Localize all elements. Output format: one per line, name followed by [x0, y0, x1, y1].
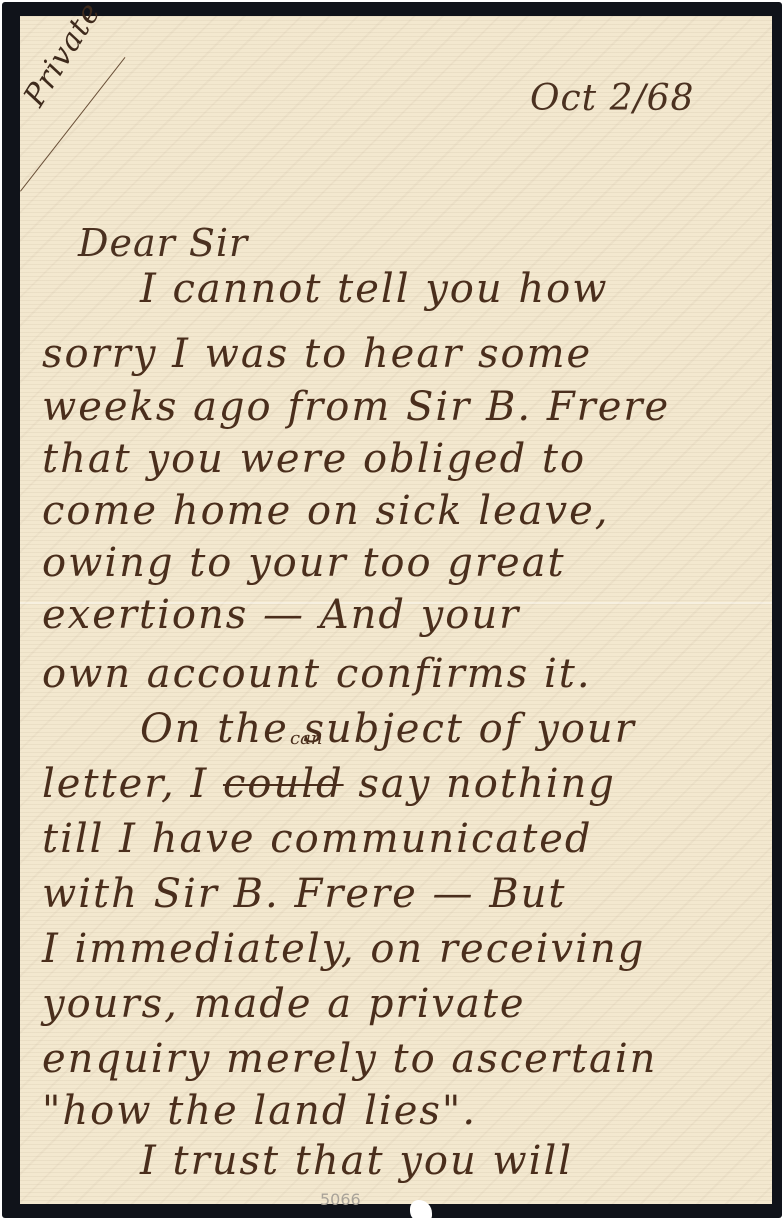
- letter-line: with Sir B. Frere — But: [42, 871, 566, 917]
- letter-line: come home on sick leave,: [42, 488, 610, 534]
- letter-line: sorry I was to hear some: [42, 331, 592, 377]
- letter-line: owing to your too great: [42, 540, 566, 586]
- letter-line: "how the land lies".: [42, 1088, 477, 1134]
- salutation: Dear Sir: [78, 221, 248, 265]
- letter-paper: Private Oct 2/68 Dear Sir I cannot tell …: [20, 16, 772, 1204]
- letter-line: I immediately, on receiving: [42, 926, 645, 972]
- letter-line: exertions — And your: [42, 592, 520, 638]
- letter-line: On the subject of your: [140, 706, 636, 752]
- letter-line: yours, made a private: [42, 981, 526, 1027]
- letter-line: I cannot tell you how: [140, 266, 608, 312]
- letter-line: enquiry merely to ascertain: [42, 1036, 657, 1082]
- letter-sheet-border: Private Oct 2/68 Dear Sir I cannot tell …: [2, 2, 782, 1218]
- inserted-correction: can: [290, 728, 322, 749]
- letter-fragment: say nothing: [358, 761, 616, 807]
- letter-line: that you were obliged to: [42, 436, 586, 482]
- letter-date: Oct 2/68: [530, 78, 694, 119]
- letter-line: own account confirms it.: [42, 651, 592, 697]
- letter-line: I trust that you will: [140, 1138, 573, 1184]
- catalog-number: 5066: [320, 1190, 361, 1209]
- struck-word: could: [223, 761, 344, 807]
- letter-line-with-correction: letter, I could say nothing: [42, 761, 616, 807]
- letter-fragment: letter, I: [42, 761, 208, 807]
- letter-line: till I have communicated: [42, 816, 593, 862]
- letter-line: weeks ago from Sir B. Frere: [42, 384, 670, 430]
